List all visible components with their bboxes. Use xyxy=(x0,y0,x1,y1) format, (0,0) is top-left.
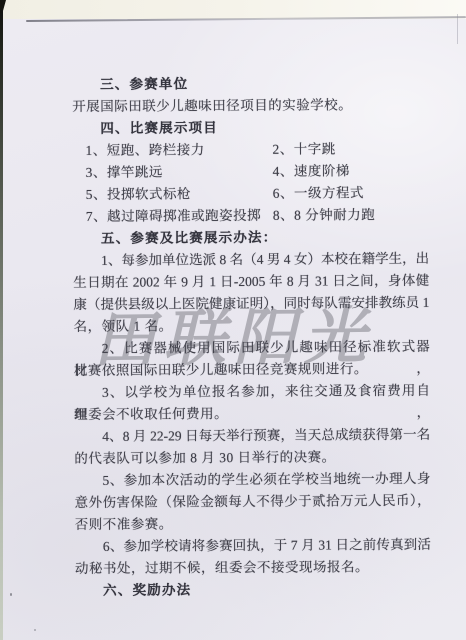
item-row: 5、投掷软式标枪6、一级方程式 xyxy=(73,182,429,206)
text-line: 1、每参加单位选派 8 名（4 男 4 女）本校在籍学生，出 xyxy=(73,248,429,272)
scanned-page: 田联阳光 三、参赛单位开展国际田联少儿趣味田径项目的实验学校。四、比赛展示项目1… xyxy=(0,0,466,640)
text-line: 意外伤害保险（保险金额每人不得少于贰拾万元人民币）， xyxy=(75,490,431,514)
item-row: 7、越过障碍掷准或跑姿投掷8、8 分钟耐力跑 xyxy=(73,204,429,228)
text-line: 3、以学校为单位报名参加，来往交通及食宿费用自理， xyxy=(74,380,430,404)
section-heading: 六、奖励办法 xyxy=(75,578,431,602)
text-line: 生日期在 2002 年 9 月 1 日-2005 年 8 月 31 日之间，身体… xyxy=(73,270,429,294)
text-line: 康（提供县级以上医院健康证明），同时每队需安排教练员 1 xyxy=(73,292,429,316)
text-line: 组委会不收取任何费用。 xyxy=(74,402,430,426)
document-text: 三、参赛单位开展国际田联少儿趣味田径项目的实验学校。四、比赛展示项目1、短跑、跨… xyxy=(72,72,431,602)
text-line: 6、参加学校请将参赛回执，于 7 月 31 日之前传真到活 xyxy=(75,534,431,558)
item-right: 2、十字跳 xyxy=(272,138,335,160)
text-line: 2、比赛器械使用国际田联少儿趣味田径标准软式器材， xyxy=(74,336,430,360)
item-left: 7、越过障碍掷准或跑姿投掷 xyxy=(86,208,261,224)
text-line: 开展国际田联少儿趣味田径项目的实验学校。 xyxy=(72,94,428,118)
item-right: 4、速度阶梯 xyxy=(273,160,350,182)
scan-right-edge-line xyxy=(457,14,458,44)
item-left: 5、投掷软式标枪 xyxy=(86,186,191,202)
text-line: 5、参加本次活动的学生必须在学校当地统一办理人身 xyxy=(74,468,430,492)
scan-speck xyxy=(10,593,12,596)
section-heading: 四、比赛展示项目 xyxy=(72,116,428,140)
text-line: 4、8 月 22-29 日每天举行预赛，当天总成绩获得第一名 xyxy=(74,424,430,448)
item-left: 3、撑竿跳远 xyxy=(86,164,163,179)
item-right: 6、一级方程式 xyxy=(273,182,364,205)
scan-left-edge-shadow xyxy=(0,0,3,640)
section-heading: 三、参赛单位 xyxy=(72,72,428,96)
text-line: 否则不准参赛。 xyxy=(75,512,431,536)
item-right: 8、8 分钟耐力跑 xyxy=(273,204,376,227)
item-row: 1、短跑、跨栏接力2、十字跳 xyxy=(72,138,428,162)
text-line: 动秘书处，过期不候，组委会不接受现场报名。 xyxy=(75,556,431,580)
text-line: 名，领队 1 名。 xyxy=(73,314,429,338)
item-row: 3、撑竿跳远4、速度阶梯 xyxy=(73,160,429,184)
scan-speck xyxy=(34,629,36,631)
text-line: 比赛依照国际田联少儿趣味田径竞赛规则进行。 xyxy=(74,358,430,382)
section-heading: 五、参赛及比赛展示办法： xyxy=(73,226,429,250)
item-left: 1、短跑、跨栏接力 xyxy=(85,142,204,158)
text-line: 的代表队可以参加 8 月 30 日举行的决赛。 xyxy=(74,446,430,470)
